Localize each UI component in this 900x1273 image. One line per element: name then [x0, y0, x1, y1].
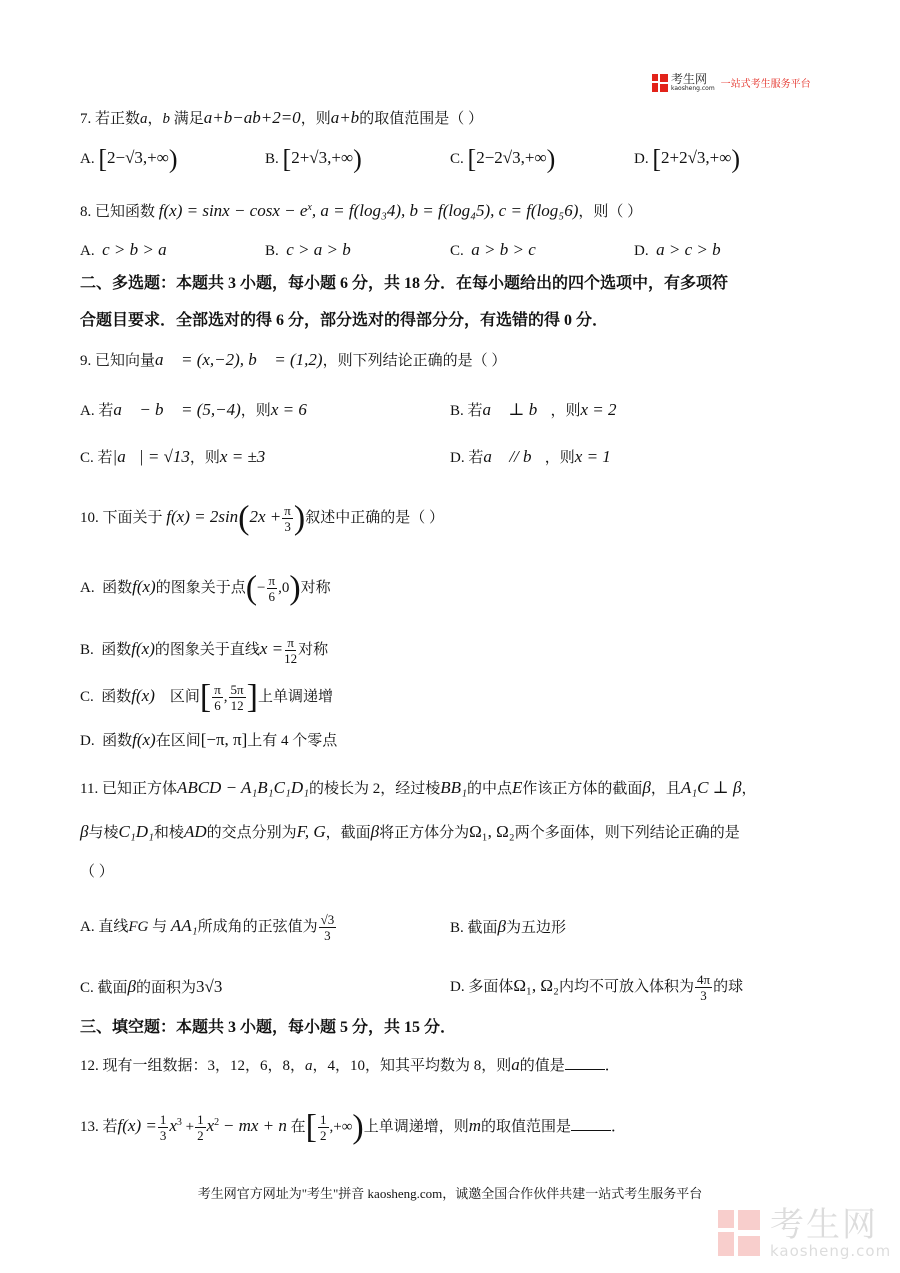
q7-mid2: ，则	[301, 111, 331, 127]
q7-option-a[interactable]: A. [2−√3,+∞)	[80, 148, 178, 170]
option-math: a⃗ ⊥ b⃗	[483, 400, 551, 419]
bracket-right: )	[169, 145, 178, 174]
paren-right: )	[289, 570, 300, 607]
fraction: 5π12	[229, 682, 246, 713]
logo-text-cn: 考生网	[671, 73, 715, 85]
fraction: π12	[284, 635, 297, 666]
denominator: 3	[284, 519, 291, 534]
option-label: D.	[450, 979, 465, 995]
option-mid: 的图象关于直线	[155, 642, 260, 658]
q12-prefix: 12. 现有一组数据：3，12，6，8，	[80, 1058, 305, 1074]
option-value: a > c > b	[656, 240, 721, 259]
interval-tail: ,+∞	[330, 1119, 353, 1135]
q13-rest: − mx + n	[223, 1116, 287, 1135]
option-func: f(x)	[131, 639, 155, 658]
footer-text: 考生网官方网址为"考生"拼音 kaosheng.com，诚邀全国合作伙伴共建一站…	[0, 1183, 900, 1202]
bracket-left: [	[468, 145, 477, 174]
option-post: ，则	[545, 450, 575, 466]
q7-option-c[interactable]: C. [2−2√3,+∞)	[450, 148, 555, 170]
q10-func: f(x) = 2sin	[166, 507, 238, 526]
option-aa: AA₁	[171, 916, 198, 935]
q8-func: f(x) = sinx − cosx − e	[159, 201, 308, 220]
option-label: A.	[80, 580, 95, 596]
option-post: 内均不可放入体积为	[559, 979, 694, 995]
option-label: C.	[80, 689, 94, 705]
option-eq: x =	[260, 639, 283, 658]
option-post: 对称	[301, 580, 331, 596]
q13-var-m: m	[469, 1116, 481, 1135]
option-label: A.	[80, 919, 95, 935]
denominator: 3	[324, 928, 331, 943]
q13-suffix: 的取值范围是	[481, 1119, 571, 1135]
q11-beta: β	[371, 822, 379, 841]
q13-end: ．	[611, 1119, 626, 1135]
q11-prefix: 11. 已知正方体	[80, 781, 177, 797]
q11-text: ，且	[651, 781, 681, 797]
kaosheng-logo-icon	[652, 74, 668, 92]
option-mid: 的图象关于点	[156, 580, 246, 596]
q10-prefix: 10. 下面关于	[80, 510, 163, 526]
numerator: π	[285, 635, 296, 651]
q11-option-b[interactable]: B. 截面β为五边形	[450, 916, 566, 937]
q11-text: 将正方体分为	[379, 825, 469, 841]
paren-right: )	[294, 500, 305, 537]
watermark-text-en: kaosheng.com	[770, 1243, 891, 1259]
bracket-left: [	[652, 145, 661, 174]
q9-suffix: ，则下列结论正确的是（ ）	[323, 353, 507, 369]
q11-points: F, G	[297, 822, 326, 841]
question-11-line2: β与棱C₁D₁和棱AD的交点分别为F, G，截面β将正方体分为Ω₁, Ω₂两个多…	[80, 822, 740, 843]
option-label: C.	[450, 243, 464, 259]
option-value: 2+√3,+∞	[291, 148, 353, 167]
option-result: x = 1	[575, 447, 611, 466]
numerator: √3	[319, 912, 337, 928]
kaosheng-watermark-icon	[718, 1210, 760, 1256]
option-mid: 区间	[170, 689, 200, 705]
option-label: D.	[634, 151, 649, 167]
q11-cube: ABCD − A₁B₁C₁D₁	[177, 778, 309, 797]
q9-option-a[interactable]: A. 若a⃗ − b⃗ = (5,−4)，则x = 6	[80, 399, 307, 420]
option-func: f(x)	[131, 686, 155, 705]
q9-prefix: 9. 已知向量	[80, 353, 155, 369]
q9-option-d[interactable]: D. 若a⃗ // b⃗，则x = 1	[450, 446, 611, 467]
denominator: 12	[231, 698, 244, 713]
option-label: C.	[80, 980, 94, 996]
option-value: 3√3	[196, 977, 222, 996]
q9-vectors: a⃗ = (x,−2), b⃗ = (1,2)	[155, 350, 323, 369]
option-func: f(x)	[132, 577, 156, 596]
bracket-right: ]	[247, 679, 258, 716]
q8-option-a[interactable]: A. c > b > a	[80, 240, 167, 260]
option-beta: β	[498, 917, 506, 936]
answer-blank[interactable]	[571, 1116, 611, 1131]
question-11-line1: 11. 已知正方体ABCD − A₁B₁C₁D₁的棱长为 2，经过棱BB₁的中点…	[80, 778, 757, 799]
numerator: π	[212, 682, 223, 698]
q11-text: 与棱	[88, 825, 118, 841]
option-tail: ,0	[278, 580, 289, 596]
q7-mid: 满足	[170, 111, 204, 127]
option-label: B.	[80, 642, 94, 658]
q8-defs: , a = f(log₃4), b = f(log₄5), c = f(log₅…	[312, 201, 579, 220]
q11-text: 的棱长为 2，经过棱	[309, 781, 440, 797]
q7-equation: a+b−ab+2=0	[204, 108, 301, 127]
section-3-title: 三、填空题：本题共 3 小题，每小题 5 分，共 15 分．	[80, 1018, 456, 1038]
question-8-stem: 8. 已知函数 f(x) = sinx − cosx − ex, a = f(l…	[80, 198, 642, 222]
option-pre: 截面	[98, 980, 128, 996]
q9-option-c[interactable]: C. 若|a⃗| = √13，则x = ±3	[80, 446, 265, 467]
q8-option-b[interactable]: B. c > a > b	[265, 240, 351, 260]
q12-end: ．	[605, 1058, 620, 1074]
bracket-left: [	[306, 1109, 317, 1146]
q11-option-a[interactable]: A. 直线FG 与 AA₁所成角的正弦值为√33	[80, 912, 337, 943]
q8-option-d[interactable]: D. a > c > b	[634, 240, 721, 260]
plus-sign: +	[186, 1119, 194, 1135]
q7-var-a: a	[140, 111, 148, 127]
question-10-stem: 10. 下面关于 f(x) = 2sin(2x +π3)叙述中正确的是（ ）	[80, 503, 444, 534]
option-func: f(x)	[132, 730, 156, 749]
option-post: 上单调递增	[258, 689, 333, 705]
q7-var-b: b	[163, 111, 171, 127]
option-pre: 若	[468, 403, 483, 419]
q12-mid: ，4，10，知其平均数为 8，则	[313, 1058, 512, 1074]
option-label: D.	[634, 243, 649, 259]
q13-exp: 2	[214, 1117, 219, 1128]
denominator: 2	[320, 1128, 327, 1143]
section-2-title-line1: 二、多选题：本题共 3 小题，每小题 6 分，共 18 分．在每小题给出的四个选…	[80, 274, 728, 294]
q13-prefix: 13. 若	[80, 1119, 118, 1135]
option-value: c > b > a	[102, 240, 167, 259]
fraction: π6	[267, 573, 278, 604]
question-9-stem: 9. 已知向量a⃗ = (x,−2), b⃗ = (1,2)，则下列结论正确的是…	[80, 350, 506, 371]
paren-right: )	[352, 1109, 363, 1146]
q11-beta: β	[642, 778, 650, 797]
q10-option-c[interactable]: C. 函数f(x) 区间[π6,5π12]上单调递增	[80, 682, 333, 713]
q7-suffix: 的取值范围是（ ）	[359, 111, 483, 127]
option-interval: [−π, π]	[201, 730, 248, 749]
bracket-left: [	[200, 679, 211, 716]
option-label: A.	[80, 243, 95, 259]
numerator: 5π	[229, 682, 246, 698]
option-label: B.	[450, 403, 464, 419]
option-label: B.	[265, 151, 279, 167]
q11-text: 的交点分别为	[207, 825, 297, 841]
bracket-right: )	[547, 145, 556, 174]
header-slogan: 一站式考生服务平台	[721, 75, 811, 90]
q10-option-b[interactable]: B. 函数f(x)的图象关于直线x =π12对称	[80, 635, 328, 666]
option-value: 2−√3,+∞	[107, 148, 169, 167]
q11-text: 和棱	[154, 825, 184, 841]
option-post: 对称	[298, 642, 328, 658]
option-pre: 截面	[468, 920, 498, 936]
bracket-left: [	[283, 145, 292, 174]
q12-suffix: 的值是	[520, 1058, 565, 1074]
numerator: π	[282, 503, 293, 519]
numerator: 1	[318, 1112, 329, 1128]
numerator: 1	[158, 1112, 169, 1128]
denominator: 2	[197, 1128, 204, 1143]
paren-left: (	[246, 570, 257, 607]
option-value: c > a > b	[286, 240, 351, 259]
option-post: 为五边形	[506, 920, 566, 936]
option-label: A.	[80, 403, 95, 419]
option-result: x = ±3	[220, 447, 265, 466]
q7-sep: ，	[148, 111, 163, 127]
bracket-right: )	[353, 145, 362, 174]
option-mid: 在区间	[156, 733, 201, 749]
option-tail: 的球	[713, 979, 743, 995]
q13-mid2: 上单调递增，则	[364, 1119, 469, 1135]
option-post: 的面积为	[136, 980, 196, 996]
minus-sign: −	[257, 580, 265, 596]
paren-left: (	[238, 500, 249, 537]
q11-text: ，	[741, 781, 756, 797]
denominator: 12	[284, 651, 297, 666]
option-label: C.	[80, 450, 94, 466]
q9-option-b[interactable]: B. 若a⃗ ⊥ b⃗，则x = 2	[450, 399, 617, 420]
q13-var: x	[169, 1116, 177, 1135]
bracket-right: )	[731, 145, 740, 174]
watermark-logo: 考生网 kaosheng.com	[718, 1207, 891, 1259]
option-post: 上有 4 个零点	[247, 733, 337, 749]
denominator: 6	[214, 698, 221, 713]
option-pre: 若	[98, 403, 113, 419]
fraction: 12	[195, 1112, 206, 1143]
numerator: π	[267, 573, 278, 589]
option-value: 2+2√3,+∞	[661, 148, 731, 167]
q8-option-c[interactable]: C. a > b > c	[450, 240, 536, 260]
option-label: C.	[450, 151, 464, 167]
q11-text: ，截面	[326, 825, 371, 841]
q13-func: f(x) =	[118, 1116, 157, 1135]
q11-edge: AD	[184, 822, 207, 841]
q11-text: 的中点	[467, 781, 512, 797]
option-result: x = 6	[271, 400, 307, 419]
option-mid: 与	[152, 919, 167, 935]
numerator: 1	[195, 1112, 206, 1128]
q7-expr: a+b	[331, 108, 359, 127]
q11-text: 作该正方体的截面	[522, 781, 642, 797]
option-math: |a⃗| = √13	[113, 447, 190, 466]
fraction: π3	[282, 503, 293, 534]
option-post: ，则	[241, 403, 271, 419]
q7-option-b[interactable]: B. [2+√3,+∞)	[265, 148, 362, 170]
q12-var: a	[305, 1058, 313, 1074]
fraction: 4π3	[695, 972, 712, 1003]
denominator: 3	[700, 988, 707, 1003]
option-value: 2−2√3,+∞	[476, 148, 546, 167]
q11-option-d[interactable]: D. 多面体Ω₁, Ω₂内均不可放入体积为4π3的球	[450, 972, 743, 1003]
option-fg: FG	[128, 919, 148, 935]
option-post: ，则	[190, 450, 220, 466]
q11-omegas: Ω₁, Ω₂	[469, 822, 515, 841]
option-label: B.	[450, 920, 464, 936]
question-13-stem: 13. 若f(x) =13x3 +12x2 − mx + n 在[12,+∞)上…	[80, 1112, 626, 1143]
option-pre: 若	[468, 450, 483, 466]
option-pre: 若	[98, 450, 113, 466]
option-omegas: Ω₁, Ω₂	[513, 976, 559, 995]
option-pre: 函数	[101, 689, 131, 705]
q8-suffix: ，则（ ）	[578, 204, 642, 220]
option-pre: 直线	[98, 919, 128, 935]
option-post: ，则	[550, 403, 580, 419]
option-pre: 函数	[101, 642, 131, 658]
q10-inner: 2x +	[250, 507, 282, 526]
fraction: 12	[318, 1112, 329, 1143]
option-math: a⃗ // b⃗	[483, 447, 544, 466]
q10-option-d[interactable]: D. 函数f(x)在区间[−π, π]上有 4 个零点	[80, 729, 337, 750]
q10-option-a[interactable]: A. 函数f(x)的图象关于点(−π6,0)对称	[80, 573, 331, 604]
option-pre: 函数	[102, 580, 132, 596]
q13-exp: 3	[177, 1117, 182, 1128]
option-label: D.	[450, 450, 465, 466]
logo-text-en: kaosheng.com	[671, 85, 715, 92]
option-label: A.	[80, 151, 95, 167]
denominator: 6	[269, 589, 276, 604]
option-post: 所成角的正弦值为	[198, 919, 318, 935]
bracket-left: [	[98, 145, 107, 174]
q11-edge: C₁D₁	[118, 822, 153, 841]
fraction: √33	[319, 912, 337, 943]
q13-var: x	[207, 1116, 215, 1135]
option-pre: 多面体	[468, 979, 513, 995]
numerator: 4π	[695, 972, 712, 988]
watermark-text-cn: 考生网	[770, 1207, 891, 1243]
denominator: 3	[160, 1128, 167, 1143]
q11-point-e: E	[512, 778, 522, 797]
question-11-line3: （ ）	[80, 862, 114, 882]
option-math: a⃗ − b⃗ = (5,−4)	[113, 400, 240, 419]
q12-var2: a	[511, 1055, 520, 1074]
question-7-stem: 7. 若正数a，b 满足a+b−ab+2=0，则a+b的取值范围是（ ）	[80, 108, 483, 129]
q11-edge: BB₁	[440, 778, 467, 797]
q7-option-d[interactable]: D. [2+2√3,+∞)	[634, 148, 740, 170]
fraction: π6	[212, 682, 223, 713]
q10-suffix: 叙述中正确的是（ ）	[305, 510, 444, 526]
q11-option-c[interactable]: C. 截面β的面积为3√3	[80, 976, 222, 997]
answer-blank[interactable]	[565, 1055, 605, 1070]
q11-perp: A₁C ⊥ β	[681, 778, 742, 797]
option-label: D.	[80, 733, 95, 749]
option-label: B.	[265, 243, 279, 259]
q8-prefix: 8. 已知函数	[80, 204, 155, 220]
option-value: a > b > c	[471, 240, 536, 259]
q13-mid: 在	[291, 1119, 306, 1135]
section-2-title-line2: 合题目要求．全部选对的得 6 分，部分选对的得部分分，有选错的得 0 分．	[80, 311, 608, 331]
q7-prefix: 7. 若正数	[80, 111, 140, 127]
option-beta: β	[128, 977, 136, 996]
option-pre: 函数	[102, 733, 132, 749]
option-result: x = 2	[580, 400, 616, 419]
header-logo: 考生网 kaosheng.com 一站式考生服务平台	[652, 73, 811, 92]
question-12-stem: 12. 现有一组数据：3，12，6，8，a，4，10，知其平均数为 8，则a的值…	[80, 1055, 620, 1076]
q11-text: 两个多面体，则下列结论正确的是	[515, 825, 740, 841]
fraction: 13	[158, 1112, 169, 1143]
